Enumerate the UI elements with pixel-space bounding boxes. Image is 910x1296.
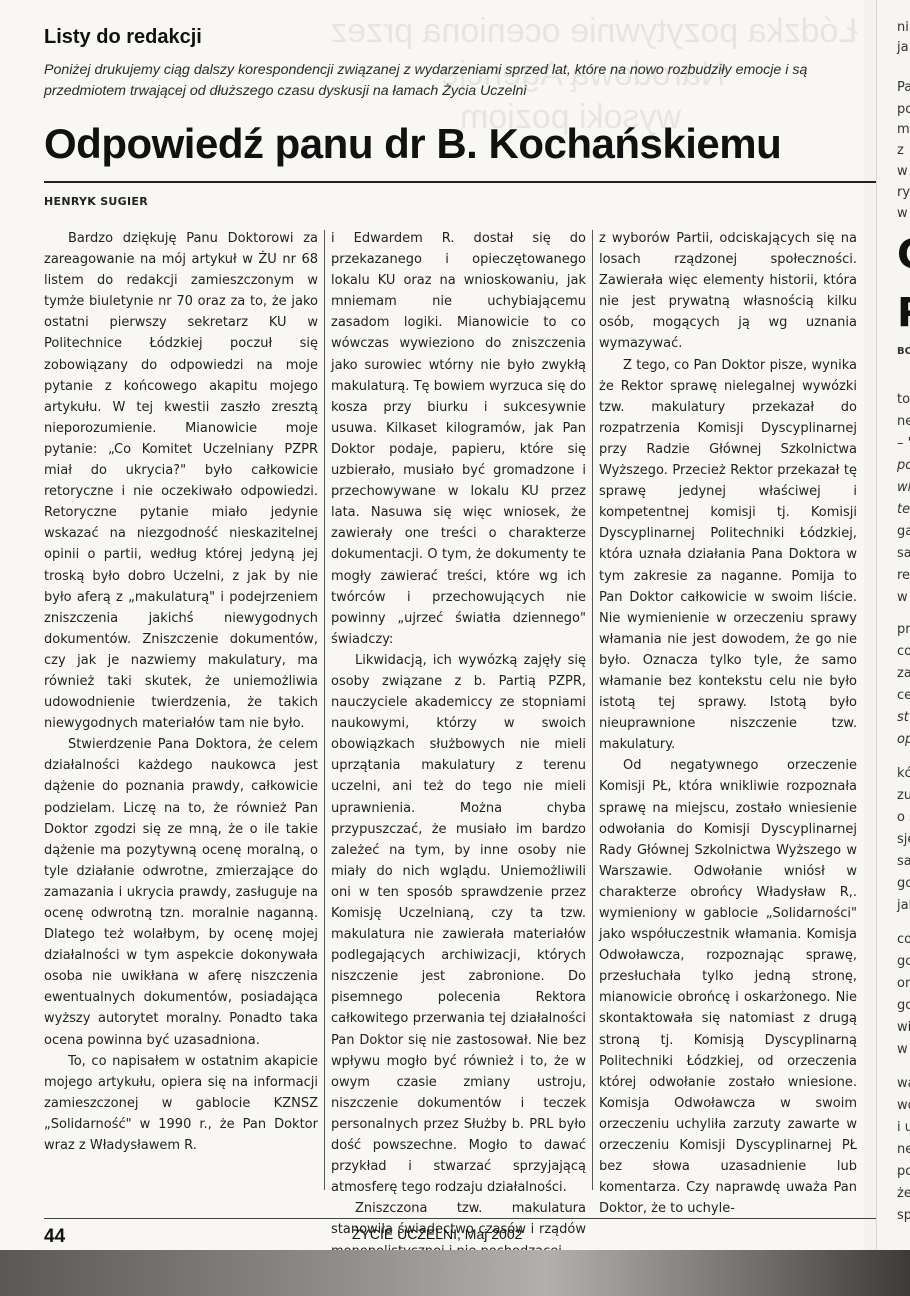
paragraph: Likwidacją, ich wywózką zajęły się osoby… xyxy=(331,650,586,1198)
fragment: o s xyxy=(897,810,910,825)
article-column-2: i Edwardem R. dostał się do przekazanego… xyxy=(331,228,586,1188)
fragment: po xyxy=(897,458,910,473)
fragment: pr xyxy=(897,622,910,637)
fragment: go xyxy=(897,876,910,891)
fragment: or xyxy=(897,976,910,991)
fragment: – ' xyxy=(897,436,910,451)
footer-rule xyxy=(44,1218,876,1219)
fragment: ni xyxy=(897,20,909,35)
fragment: co xyxy=(897,932,910,947)
fragment: sa xyxy=(897,854,910,869)
fragment: zu xyxy=(897,788,910,803)
fragment: C xyxy=(897,232,910,278)
paragraph: To, co napisałem w ostatnim akapicie moj… xyxy=(44,1051,318,1156)
author-byline: HENRYK SUGIER xyxy=(44,195,148,208)
fragment: m xyxy=(897,122,910,137)
fragment: z xyxy=(897,143,904,158)
section-label: Listy do redakcji xyxy=(44,26,202,49)
paragraph: Od negatywnego orzeczenie Komisji PŁ, kt… xyxy=(599,755,857,1219)
magazine-page: Politechnika Łódzka pozytywnie oceniona … xyxy=(0,0,864,1268)
fragment: po xyxy=(897,102,910,117)
scan-background-strip xyxy=(0,1250,910,1296)
fragment: za xyxy=(897,666,910,681)
fragment: i u xyxy=(897,1120,910,1135)
fragment: BO xyxy=(897,346,910,357)
fragment: wi xyxy=(897,1020,910,1035)
fragment: wo xyxy=(897,1098,910,1113)
article-title: Odpowiedź panu dr B. Kochańskiemu xyxy=(44,120,781,168)
page-number: 44 xyxy=(44,1226,65,1248)
fragment: kć xyxy=(897,766,910,781)
paragraph: Bardzo dziękuję Panu Doktorowi za zareag… xyxy=(44,228,318,734)
column-divider xyxy=(592,230,593,1190)
fragment: te xyxy=(897,502,910,517)
fragment: Pa xyxy=(897,80,910,95)
fragment: ry xyxy=(897,185,910,200)
article-column-3: z wyborów Partii, odciskających się na l… xyxy=(599,228,857,1188)
fragment: go xyxy=(897,998,910,1013)
fragment: w xyxy=(897,206,908,221)
fragment: to xyxy=(897,392,910,407)
article-column-1: Bardzo dziękuję Panu Doktorowi za zareag… xyxy=(44,228,318,1188)
fragment: jak xyxy=(897,898,910,913)
fragment: w xyxy=(897,164,908,179)
adjacent-page-edge: ni ja Pa po m z w ry w C P BO to ne – ' … xyxy=(876,0,910,1268)
fragment: po xyxy=(897,1164,910,1179)
paragraph: z wyborów Partii, odciskających się na l… xyxy=(599,228,857,355)
fragment: sję xyxy=(897,832,910,847)
fragment: w xyxy=(897,1042,908,1057)
fragment: że xyxy=(897,1186,910,1201)
paragraph: i Edwardem R. dostał się do przekazanego… xyxy=(331,228,586,650)
bleed-line-1: Politechnika Łódzka pozytywnie oceniona … xyxy=(330,12,864,51)
fragment: sp xyxy=(897,1208,910,1223)
fragment: P xyxy=(897,290,910,336)
fragment: wa xyxy=(897,1076,910,1091)
fragment: wl xyxy=(897,480,910,495)
fragment: ce xyxy=(897,688,910,703)
fragment: go xyxy=(897,954,910,969)
fragment: st xyxy=(897,710,909,725)
fragment: re xyxy=(897,568,910,583)
paragraph: Stwierdzenie Pana Doktora, że celem dzia… xyxy=(44,734,318,1050)
magazine-issue: ŻYCIE UCZELNI, Maj 2002 xyxy=(352,1226,522,1242)
fragment: sa xyxy=(897,546,910,561)
fragment: ja xyxy=(897,40,909,55)
fragment: op xyxy=(897,732,910,747)
fragment: ga xyxy=(897,524,910,539)
fragment: ne xyxy=(897,414,910,429)
fragment: ne xyxy=(897,1142,910,1157)
fragment: w xyxy=(897,590,908,605)
title-rule xyxy=(44,181,876,183)
paragraph: Z tego, co Pan Doktor pisze, wynika że R… xyxy=(599,355,857,756)
column-divider xyxy=(324,230,325,1190)
intro-text: Poniżej drukujemy ciąg dalszy koresponde… xyxy=(44,60,874,102)
fragment: co xyxy=(897,644,910,659)
